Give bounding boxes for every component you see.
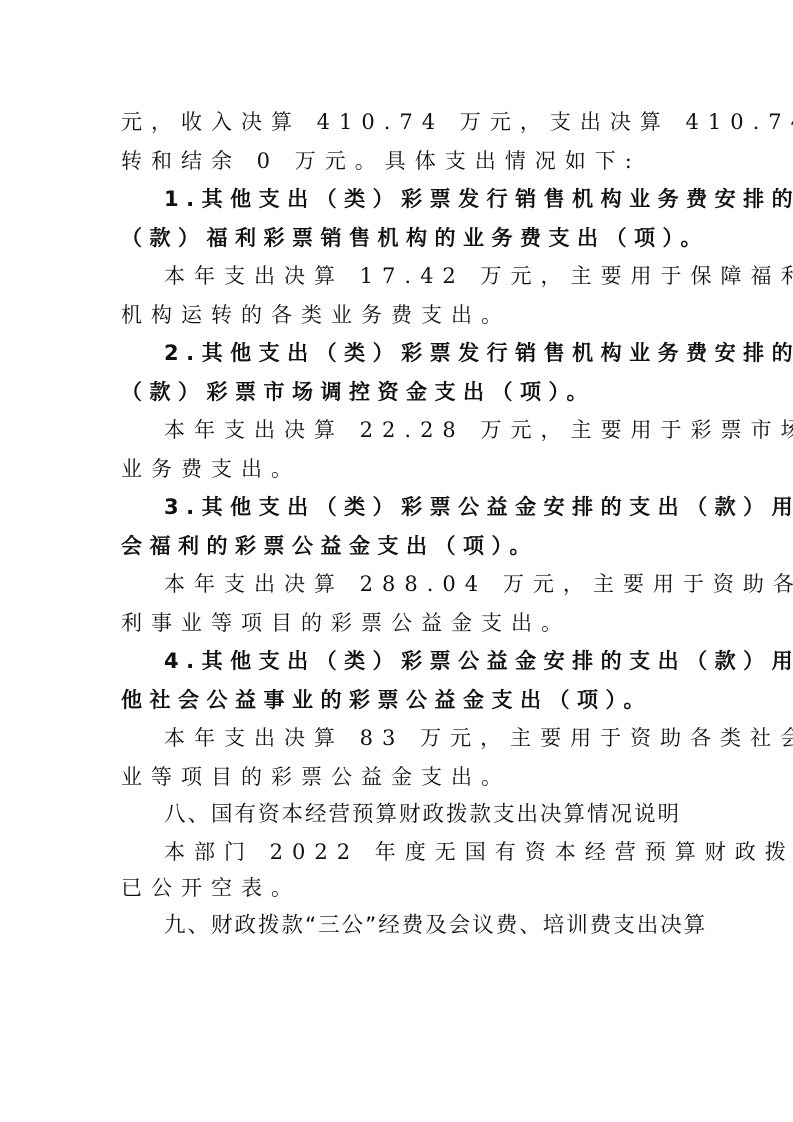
item-3-body-line-1: 本年支出决算 288.04 万元，主要用于资助各类社会福 xyxy=(121,565,673,604)
item-1-body-line-2: 机构运转的各类业务费支出。 xyxy=(121,296,673,335)
item-1-heading-line-2: （款）福利彩票销售机构的业务费支出（项）。 xyxy=(121,219,673,258)
section-8-body-line-2: 已公开空表。 xyxy=(121,869,673,908)
item-2-body-line-1: 本年支出决算 22.28 万元，主要用于彩票市场调控相关 xyxy=(121,411,673,450)
item-2-heading-line-2: （款）彩票市场调控资金支出（项）。 xyxy=(121,373,673,412)
item-1-heading-line-1: 1.其他支出（类）彩票发行销售机构业务费安排的支出 xyxy=(121,180,673,219)
item-3-body-line-2: 利事业等项目的彩票公益金支出。 xyxy=(121,604,673,643)
item-4-body-line-1: 本年支出决算 83 万元，主要用于资助各类社会公益事 xyxy=(121,719,673,758)
item-4-heading-line-1: 4.其他支出（类）彩票公益金安排的支出（款）用于其 xyxy=(121,642,673,681)
item-3-heading-line-1: 3.其他支出（类）彩票公益金安排的支出（款）用于社 xyxy=(121,488,673,527)
item-3-heading-line-2: 会福利的彩票公益金支出（项）。 xyxy=(121,527,673,566)
item-4-body-line-2: 业等项目的彩票公益金支出。 xyxy=(121,758,673,797)
item-1-body-line-1: 本年支出决算 17.42 万元，主要用于保障福利彩票销售 xyxy=(121,257,673,296)
section-9-heading: 九、财政拨款“三公”经费及会议费、培训费支出决算 xyxy=(121,907,673,946)
item-4-heading-line-2: 他社会公益事业的彩票公益金支出（项）。 xyxy=(121,681,673,720)
section-8-heading: 八、国有资本经营预算财政拨款支出决算情况说明 xyxy=(121,796,673,835)
item-2-body-line-2: 业务费支出。 xyxy=(121,450,673,489)
intro-line-1: 元，收入决算 410.74 万元，支出决算 410.74 万元，年末结 xyxy=(121,103,673,142)
intro-line-2: 转和结余 0 万元。具体支出情况如下: xyxy=(121,142,673,181)
item-2-heading-line-1: 2.其他支出（类）彩票发行销售机构业务费安排的支出 xyxy=(121,334,673,373)
section-8-body-line-1: 本部门 2022 年度无国有资本经营预算财政拨款收支， xyxy=(121,835,673,869)
document-page: 元，收入决算 410.74 万元，支出决算 410.74 万元，年末结 转和结余… xyxy=(121,103,673,946)
